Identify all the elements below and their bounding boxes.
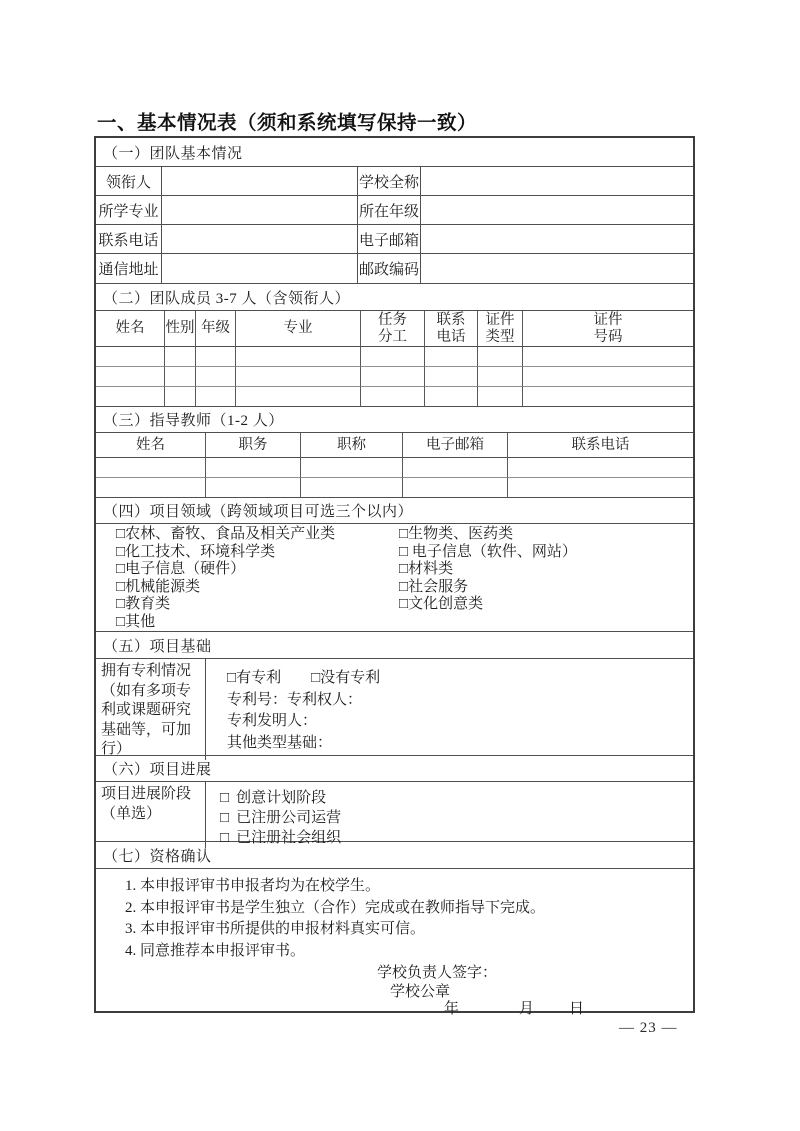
- checkbox-icon: □: [116, 579, 125, 595]
- patent-options-line: □有专利□没有专利: [227, 668, 693, 690]
- info-value: [162, 167, 358, 196]
- members-table: 姓名性别年级专业任务 分工联系 电话证件 类型证件 号码: [96, 311, 693, 407]
- info-value: [162, 196, 358, 225]
- empty-cell: [196, 387, 236, 407]
- option-label: 已注册公司运营: [236, 810, 341, 826]
- column-header-label: 证件 号码: [594, 312, 623, 346]
- qualification-item: 3. 本申报评审书所提供的申报材料真实可信。: [125, 919, 693, 941]
- column-header: 姓名: [96, 433, 206, 458]
- checkbox-icon: □: [399, 596, 408, 612]
- checkbox-icon: □: [116, 544, 125, 560]
- date-line: 年月日: [444, 997, 584, 1018]
- qualification-item: 2. 本申报评审书是学生独立（合作）完成或在教师指导下完成。: [125, 898, 693, 920]
- option-label: 机械能源类: [125, 579, 200, 595]
- checkbox-icon: □: [399, 544, 408, 560]
- option-label: 没有专利: [320, 670, 380, 686]
- column-header: 联系 电话: [425, 311, 478, 347]
- domain-option: □没有专利: [311, 668, 380, 690]
- info-label: 邮政编码: [358, 254, 421, 283]
- section-header-members: （二）团队成员 3-7 人（含领衔人）: [96, 284, 693, 311]
- option-label: 文化创意类: [408, 596, 483, 612]
- domain-option: □教育类: [116, 596, 335, 614]
- empty-cell: [96, 387, 165, 407]
- info-value: [421, 196, 693, 225]
- column-header: 专业: [236, 311, 361, 347]
- option-label: 其他: [125, 614, 155, 630]
- empty-cell: [478, 347, 523, 367]
- option-label: 电子信息（硬件）: [125, 561, 245, 577]
- domain-options-left: □农林、畜牧、食品及相关产业类□化工技术、环境科学类□电子信息（硬件）□机械能源…: [116, 526, 335, 631]
- domain-option: □ 电子信息（软件、网站）: [399, 544, 577, 562]
- domain-option: □机械能源类: [116, 579, 335, 597]
- info-label: 电子邮箱: [358, 225, 421, 254]
- column-header-label: 姓名: [136, 437, 165, 454]
- advisors-table: 姓名职务职称电子邮箱联系电话: [96, 433, 693, 498]
- empty-cell: [361, 347, 425, 367]
- empty-cell: [196, 347, 236, 367]
- checkbox-icon: □: [116, 596, 125, 612]
- info-value: [421, 167, 693, 196]
- empty-cell: [96, 367, 165, 387]
- info-value: [162, 254, 358, 283]
- progress-row-label: 项目进展阶段（单选）: [96, 782, 206, 848]
- empty-cell: [236, 367, 361, 387]
- option-label: 生物类、医药类: [408, 526, 513, 542]
- option-label: 有专利: [236, 670, 281, 686]
- info-label: 联系电话: [96, 225, 162, 254]
- domain-option: □文化创意类: [399, 596, 577, 614]
- qualification-item: 1. 本申报评审书申报者均为在校学生。: [125, 876, 693, 898]
- empty-cell: [301, 478, 403, 498]
- column-header-label: 职称: [337, 437, 366, 454]
- checkbox-icon: □: [220, 790, 229, 806]
- column-header-label: 年级: [201, 320, 230, 337]
- info-label: 学校全称: [358, 167, 421, 196]
- form-table: （一）团队基本情况 领衔人学校全称所学专业所在年级联系电话电子邮箱通信地址邮政编…: [94, 136, 695, 1013]
- info-label: 领衔人: [96, 167, 162, 196]
- domain-option: □材料类: [399, 561, 577, 579]
- column-header: 证件 类型: [478, 311, 523, 347]
- column-header: 证件 号码: [523, 311, 693, 347]
- info-value: [421, 225, 693, 254]
- section-header-domain: （四）项目领域（跨领域项目可选三个以内）: [96, 498, 693, 524]
- domain-options-area: □农林、畜牧、食品及相关产业类□化工技术、环境科学类□电子信息（硬件）□机械能源…: [96, 524, 693, 632]
- column-header-label: 专业: [284, 320, 313, 337]
- empty-cell: [361, 367, 425, 387]
- column-header: 职称: [301, 433, 403, 458]
- column-header: 职务: [206, 433, 301, 458]
- empty-cell: [508, 478, 693, 498]
- checkbox-icon: □: [399, 579, 408, 595]
- empty-cell: [478, 387, 523, 407]
- column-header-label: 联系 电话: [437, 312, 466, 346]
- option-label: 创意计划阶段: [236, 790, 326, 806]
- info-value: [421, 254, 693, 283]
- patent-field-line: 专利号：专利权人：: [227, 690, 693, 712]
- empty-cell: [523, 387, 693, 407]
- checkbox-icon: □: [399, 526, 408, 542]
- empty-cell: [425, 367, 478, 387]
- empty-cell: [196, 367, 236, 387]
- section-header-progress: （六）项目进展: [96, 756, 693, 782]
- empty-cell: [478, 367, 523, 387]
- empty-cell: [96, 347, 165, 367]
- page-number: — 23 —: [619, 1020, 678, 1037]
- patent-field-line: 其他类型基础：: [227, 733, 693, 755]
- domain-option: □化工技术、环境科学类: [116, 544, 335, 562]
- empty-cell: [403, 458, 508, 478]
- column-header: 任务 分工: [361, 311, 425, 347]
- option-label: 化工技术、环境科学类: [125, 544, 275, 560]
- qualification-item: 4. 同意推荐本申报评审书。: [125, 941, 693, 963]
- column-header-label: 职务: [239, 437, 268, 454]
- checkbox-icon: □: [399, 561, 408, 577]
- basis-row: 拥有专利情况（如有多项专利或课题研究基础等，可加行） □有专利□没有专利 专利号…: [96, 659, 693, 756]
- column-header: 电子邮箱: [403, 433, 508, 458]
- column-header-label: 任务 分工: [378, 312, 407, 346]
- qualification-content: 1. 本申报评审书申报者均为在校学生。2. 本申报评审书是学生独立（合作）完成或…: [96, 869, 693, 1011]
- option-label: 教育类: [125, 596, 170, 612]
- empty-cell: [403, 478, 508, 498]
- basis-content: □有专利□没有专利 专利号：专利权人：专利发明人：其他类型基础：: [206, 659, 693, 760]
- empty-cell: [165, 387, 196, 407]
- empty-cell: [206, 458, 301, 478]
- checkbox-icon: □: [227, 670, 236, 686]
- basis-row-label: 拥有专利情况（如有多项专利或课题研究基础等，可加行）: [96, 659, 206, 760]
- domain-options-right: □生物类、医药类□ 电子信息（软件、网站）□材料类□社会服务□文化创意类: [399, 526, 577, 614]
- empty-cell: [523, 347, 693, 367]
- column-header-label: 证件 类型: [486, 312, 515, 346]
- checkbox-icon: □: [116, 526, 125, 542]
- progress-row: 项目进展阶段（单选） □创意计划阶段□已注册公司运营□已注册社会组织: [96, 782, 693, 842]
- empty-cell: [425, 347, 478, 367]
- document-page: 一、基本情况表（须和系统填写保持一致） （一）团队基本情况 领衔人学校全称所学专…: [0, 0, 800, 1131]
- option-label: 电子信息（软件、网站）: [408, 544, 577, 560]
- domain-option: □电子信息（硬件）: [116, 561, 335, 579]
- page-title: 一、基本情况表（须和系统填写保持一致）: [97, 107, 477, 135]
- empty-cell: [96, 478, 206, 498]
- empty-cell: [236, 387, 361, 407]
- option-label: 农林、畜牧、食品及相关产业类: [125, 526, 335, 542]
- date-part: 月: [519, 1001, 534, 1017]
- patent-field-line: 专利发明人：: [227, 711, 693, 733]
- section-header-qualification: （七）资格确认: [96, 842, 693, 869]
- column-header: 性别: [165, 311, 196, 347]
- date-part: 日: [569, 1001, 584, 1017]
- checkbox-icon: □: [311, 670, 320, 686]
- empty-cell: [508, 458, 693, 478]
- empty-cell: [206, 478, 301, 498]
- section-header-advisors: （三）指导教师（1-2 人）: [96, 407, 693, 433]
- column-header-label: 联系电话: [572, 437, 630, 454]
- info-label: 通信地址: [96, 254, 162, 283]
- checkbox-icon: □: [220, 810, 229, 826]
- empty-cell: [236, 347, 361, 367]
- domain-option: □有专利: [227, 668, 281, 690]
- signature-line: 学校负责人签字：: [377, 961, 497, 982]
- info-label: 所学专业: [96, 196, 162, 225]
- school-seal-line: 学校公章: [390, 980, 450, 1001]
- domain-option: □生物类、医药类: [399, 526, 577, 544]
- empty-cell: [165, 367, 196, 387]
- column-header: 联系电话: [508, 433, 693, 458]
- patent-fields: 专利号：专利权人：专利发明人：其他类型基础：: [227, 690, 693, 755]
- domain-option: □其他: [116, 614, 335, 632]
- section-header-basic-info: （一）团队基本情况: [96, 138, 693, 167]
- basic-info-grid: 领衔人学校全称所学专业所在年级联系电话电子邮箱通信地址邮政编码: [96, 167, 693, 284]
- qualification-list: 1. 本申报评审书申报者均为在校学生。2. 本申报评审书是学生独立（合作）完成或…: [96, 869, 693, 962]
- progress-options: □创意计划阶段□已注册公司运营□已注册社会组织: [206, 782, 693, 848]
- option-label: 社会服务: [408, 579, 468, 595]
- checkbox-icon: □: [116, 561, 125, 577]
- column-header: 年级: [196, 311, 236, 347]
- section-header-basis: （五）项目基础: [96, 632, 693, 659]
- info-label: 所在年级: [358, 196, 421, 225]
- column-header-label: 性别: [166, 320, 195, 337]
- empty-cell: [301, 458, 403, 478]
- domain-option: □农林、畜牧、食品及相关产业类: [116, 526, 335, 544]
- empty-cell: [425, 387, 478, 407]
- column-header-label: 姓名: [116, 320, 145, 337]
- option-label: 材料类: [408, 561, 453, 577]
- domain-option: □已注册公司运营: [220, 808, 693, 828]
- date-part: 年: [444, 1001, 459, 1017]
- empty-cell: [96, 458, 206, 478]
- domain-option: □社会服务: [399, 579, 577, 597]
- domain-option: □创意计划阶段: [220, 788, 693, 808]
- column-header: 姓名: [96, 311, 165, 347]
- column-header-label: 电子邮箱: [426, 437, 484, 454]
- empty-cell: [361, 387, 425, 407]
- checkbox-icon: □: [116, 614, 125, 630]
- info-value: [162, 225, 358, 254]
- empty-cell: [165, 347, 196, 367]
- empty-cell: [523, 367, 693, 387]
